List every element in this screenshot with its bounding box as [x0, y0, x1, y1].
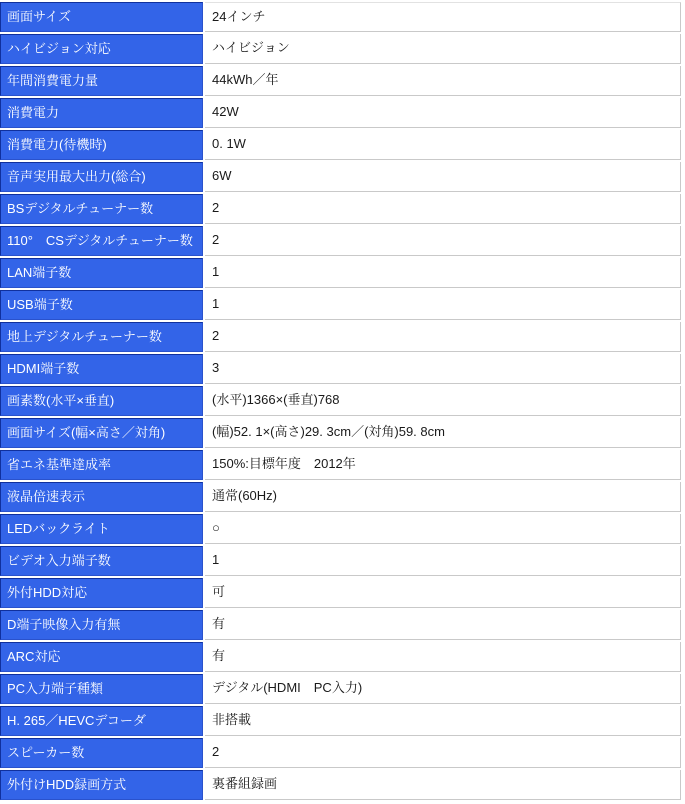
spec-value-cell: 0. 1W: [205, 130, 681, 160]
spec-value-cell: 42W: [205, 98, 681, 128]
spec-value-cell: ハイビジョン: [205, 34, 681, 64]
spec-row: 液晶倍速表示 通常(60Hz): [0, 482, 681, 512]
spec-label-cell: LAN端子数: [0, 258, 203, 288]
spec-row: 省エネ基準達成率 150%:目標年度 2012年: [0, 450, 681, 480]
spec-label-cell: 画面サイズ(幅×高さ／対角): [0, 418, 203, 448]
spec-value-cell: 2: [205, 322, 681, 352]
spec-label-cell: BSデジタルチューナー数: [0, 194, 203, 224]
spec-table: 画面サイズ 24インチ ハイビジョン対応 ハイビジョン 年間消費電力量 44kW…: [0, 0, 681, 800]
spec-row: H. 265／HEVCデコーダ 非搭載: [0, 706, 681, 736]
spec-label-cell: 液晶倍速表示: [0, 482, 203, 512]
spec-row: 画素数(水平×垂直) (水平)1366×(垂直)768: [0, 386, 681, 416]
spec-value-cell: 非搭載: [205, 706, 681, 736]
spec-row: 消費電力 42W: [0, 98, 681, 128]
spec-row: 年間消費電力量 44kWh／年: [0, 66, 681, 96]
spec-value-cell: 1: [205, 290, 681, 320]
spec-label-cell: 外付HDD対応: [0, 578, 203, 608]
spec-label-cell: LEDバックライト: [0, 514, 203, 544]
spec-value-cell: デジタル(HDMI PC入力): [205, 674, 681, 704]
spec-value-cell: 44kWh／年: [205, 66, 681, 96]
spec-label-cell: 外付けHDD録画方式: [0, 770, 203, 800]
spec-label-cell: ARC対応: [0, 642, 203, 672]
spec-row: スピーカー数 2: [0, 738, 681, 768]
spec-row: HDMI端子数 3: [0, 354, 681, 384]
spec-row: 画面サイズ(幅×高さ／対角) (幅)52. 1×(高さ)29. 3cm／(対角)…: [0, 418, 681, 448]
spec-row: USB端子数 1: [0, 290, 681, 320]
spec-label-cell: HDMI端子数: [0, 354, 203, 384]
spec-label-cell: スピーカー数: [0, 738, 203, 768]
spec-row: LAN端子数 1: [0, 258, 681, 288]
spec-label-cell: D端子映像入力有無: [0, 610, 203, 640]
spec-row: 外付けHDD録画方式 裏番組録画: [0, 770, 681, 800]
spec-label-cell: 年間消費電力量: [0, 66, 203, 96]
spec-value-cell: 6W: [205, 162, 681, 192]
spec-label-cell: 省エネ基準達成率: [0, 450, 203, 480]
spec-row: 地上デジタルチューナー数 2: [0, 322, 681, 352]
spec-label-cell: 画素数(水平×垂直): [0, 386, 203, 416]
spec-value-cell: 3: [205, 354, 681, 384]
spec-value-cell: (幅)52. 1×(高さ)29. 3cm／(対角)59. 8cm: [205, 418, 681, 448]
spec-value-cell: 有: [205, 642, 681, 672]
spec-label-cell: 消費電力: [0, 98, 203, 128]
spec-row: D端子映像入力有無 有: [0, 610, 681, 640]
spec-value-cell: 裏番組録画: [205, 770, 681, 800]
spec-row: 外付HDD対応 可: [0, 578, 681, 608]
spec-row: BSデジタルチューナー数 2: [0, 194, 681, 224]
spec-value-cell: 150%:目標年度 2012年: [205, 450, 681, 480]
spec-row: 音声実用最大出力(総合) 6W: [0, 162, 681, 192]
spec-row: ビデオ入力端子数 1: [0, 546, 681, 576]
spec-value-cell: 可: [205, 578, 681, 608]
spec-row: 消費電力(待機時) 0. 1W: [0, 130, 681, 160]
spec-row: 画面サイズ 24インチ: [0, 2, 681, 32]
spec-row: LEDバックライト ○: [0, 514, 681, 544]
spec-label-cell: H. 265／HEVCデコーダ: [0, 706, 203, 736]
spec-label-cell: 音声実用最大出力(総合): [0, 162, 203, 192]
spec-row: PC入力端子種類 デジタル(HDMI PC入力): [0, 674, 681, 704]
spec-row: ハイビジョン対応 ハイビジョン: [0, 34, 681, 64]
spec-row: 110° CSデジタルチューナー数 2: [0, 226, 681, 256]
spec-label-cell: ハイビジョン対応: [0, 34, 203, 64]
spec-value-cell: 2: [205, 738, 681, 768]
spec-value-cell: 1: [205, 258, 681, 288]
spec-value-cell: 1: [205, 546, 681, 576]
spec-value-cell: 2: [205, 194, 681, 224]
spec-row: ARC対応 有: [0, 642, 681, 672]
spec-label-cell: PC入力端子種類: [0, 674, 203, 704]
spec-label-cell: 消費電力(待機時): [0, 130, 203, 160]
spec-label-cell: ビデオ入力端子数: [0, 546, 203, 576]
spec-value-cell: 24インチ: [205, 2, 681, 32]
spec-label-cell: 地上デジタルチューナー数: [0, 322, 203, 352]
spec-value-cell: 有: [205, 610, 681, 640]
spec-label-cell: 110° CSデジタルチューナー数: [0, 226, 203, 256]
spec-label-cell: USB端子数: [0, 290, 203, 320]
spec-value-cell: 通常(60Hz): [205, 482, 681, 512]
spec-value-cell: 2: [205, 226, 681, 256]
spec-label-cell: 画面サイズ: [0, 2, 203, 32]
spec-value-cell: (水平)1366×(垂直)768: [205, 386, 681, 416]
spec-value-cell: ○: [205, 514, 681, 544]
